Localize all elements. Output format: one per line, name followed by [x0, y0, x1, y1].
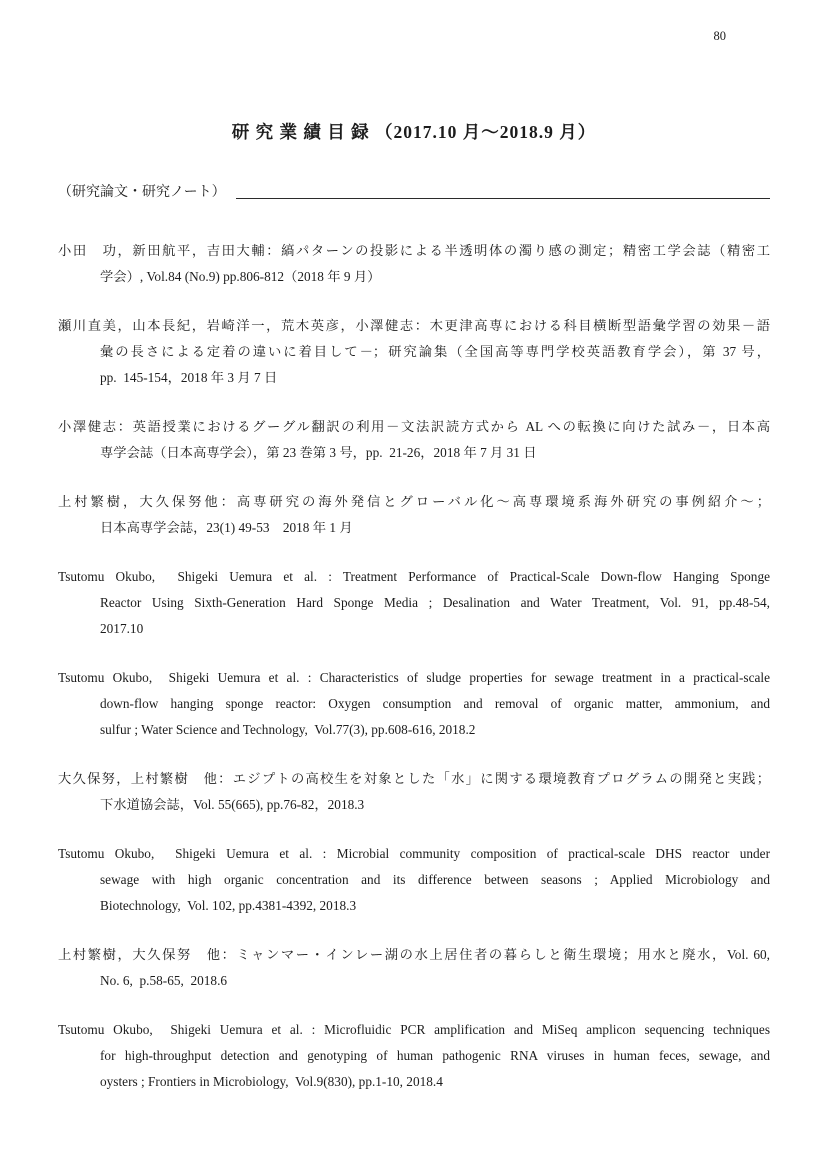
entry-line: 日本高専学会誌，23(1) 49-53 2018 年 1 月 — [100, 515, 770, 541]
page-number: 80 — [58, 28, 770, 44]
entry-line: 学会）, Vol.84 (No.9) pp.806-812（2018 年 9 月… — [100, 264, 770, 290]
publication-entry: Tsutomu Okubo, Shigeki Uemura et al. : C… — [58, 665, 770, 743]
entry-line: sulfur ; Water Science and Technology, V… — [100, 717, 770, 743]
publication-entry: 大久保努，上村繁樹 他：エジプトの高校生を対象とした「水」に関する環境教育プログ… — [58, 766, 770, 818]
entry-line: 彙の長さによる定着の違いに着目して－；研究論集（全国高等専門学校英語教育学会），… — [100, 339, 770, 365]
publication-entry: 上村繁樹，大久保努他：高専研究の海外発信とグローバル化～高専環境系海外研究の事例… — [58, 489, 770, 541]
entry-line: 2017.10 — [100, 616, 770, 642]
entry-line: 上村繁樹，大久保努他：高専研究の海外発信とグローバル化～高専環境系海外研究の事例… — [58, 489, 770, 515]
page-title: 研 究 業 績 目 録 （2017.10 月～2018.9 月） — [58, 122, 770, 142]
entry-line: Tsutomu Okubo, Shigeki Uemura et al. : M… — [58, 841, 770, 867]
entry-line: Reactor Using Sixth-Generation Hard Spon… — [100, 590, 770, 616]
entry-line: Biotechnology, Vol. 102, pp.4381-4392, 2… — [100, 893, 770, 919]
publications-list: 小田 功，新田航平，吉田大輔：縞パターンの投影による半透明体の濁り感の測定；精密… — [58, 238, 770, 1095]
section-underline — [236, 198, 770, 199]
entry-line: 瀬川直美，山本長紀，岩崎洋一，荒木英彦，小澤健志：木更津高専における科目横断型語… — [58, 313, 770, 339]
entry-line: Tsutomu Okubo, Shigeki Uemura et al. : T… — [58, 564, 770, 590]
entry-line: Tsutomu Okubo, Shigeki Uemura et al. : M… — [58, 1017, 770, 1043]
section-heading: （研究論文・研究ノート） — [58, 184, 226, 202]
entry-line: for high-throughput detection and genoty… — [100, 1043, 770, 1069]
entry-line: down-flow hanging sponge reactor: Oxygen… — [100, 691, 770, 717]
entry-line: 大久保努，上村繁樹 他：エジプトの高校生を対象とした「水」に関する環境教育プログ… — [58, 766, 770, 792]
entry-line: sewage with high organic concentration a… — [100, 867, 770, 893]
publication-entry: 上村繁樹，大久保努 他：ミャンマー・インレー湖の水上居住者の暮らしと衛生環境；用… — [58, 942, 770, 994]
section-header: （研究論文・研究ノート） — [58, 184, 770, 202]
entry-line: Tsutomu Okubo, Shigeki Uemura et al. : C… — [58, 665, 770, 691]
entry-line: 小田 功，新田航平，吉田大輔：縞パターンの投影による半透明体の濁り感の測定；精密… — [58, 238, 770, 264]
entry-line: 上村繁樹，大久保努 他：ミャンマー・インレー湖の水上居住者の暮らしと衛生環境；用… — [58, 942, 770, 968]
entry-line: No. 6, p.58-65, 2018.6 — [100, 968, 770, 994]
entry-line: pp. 145-154，2018 年 3 月 7 日 — [100, 365, 770, 391]
publication-entry: 小澤健志：英語授業におけるグーグル翻訳の利用－文法訳読方式から AL への転換に… — [58, 414, 770, 466]
entry-line: 専学会誌（日本高専学会），第 23 巻第 3 号，pp. 21-26，2018 … — [100, 440, 770, 466]
publication-entry: 小田 功，新田航平，吉田大輔：縞パターンの投影による半透明体の濁り感の測定；精密… — [58, 238, 770, 290]
publication-entry: Tsutomu Okubo, Shigeki Uemura et al. : M… — [58, 841, 770, 919]
document-page: 80 研 究 業 績 目 録 （2017.10 月～2018.9 月） （研究論… — [0, 0, 827, 1170]
entry-line: oysters ; Frontiers in Microbiology, Vol… — [100, 1069, 770, 1095]
publication-entry: Tsutomu Okubo, Shigeki Uemura et al. : T… — [58, 564, 770, 642]
publication-entry: Tsutomu Okubo, Shigeki Uemura et al. : M… — [58, 1017, 770, 1095]
entry-line: 小澤健志：英語授業におけるグーグル翻訳の利用－文法訳読方式から AL への転換に… — [58, 414, 770, 440]
entry-line: 下水道協会誌，Vol. 55(665), pp.76-82，2018.3 — [100, 792, 770, 818]
publication-entry: 瀬川直美，山本長紀，岩崎洋一，荒木英彦，小澤健志：木更津高専における科目横断型語… — [58, 313, 770, 391]
